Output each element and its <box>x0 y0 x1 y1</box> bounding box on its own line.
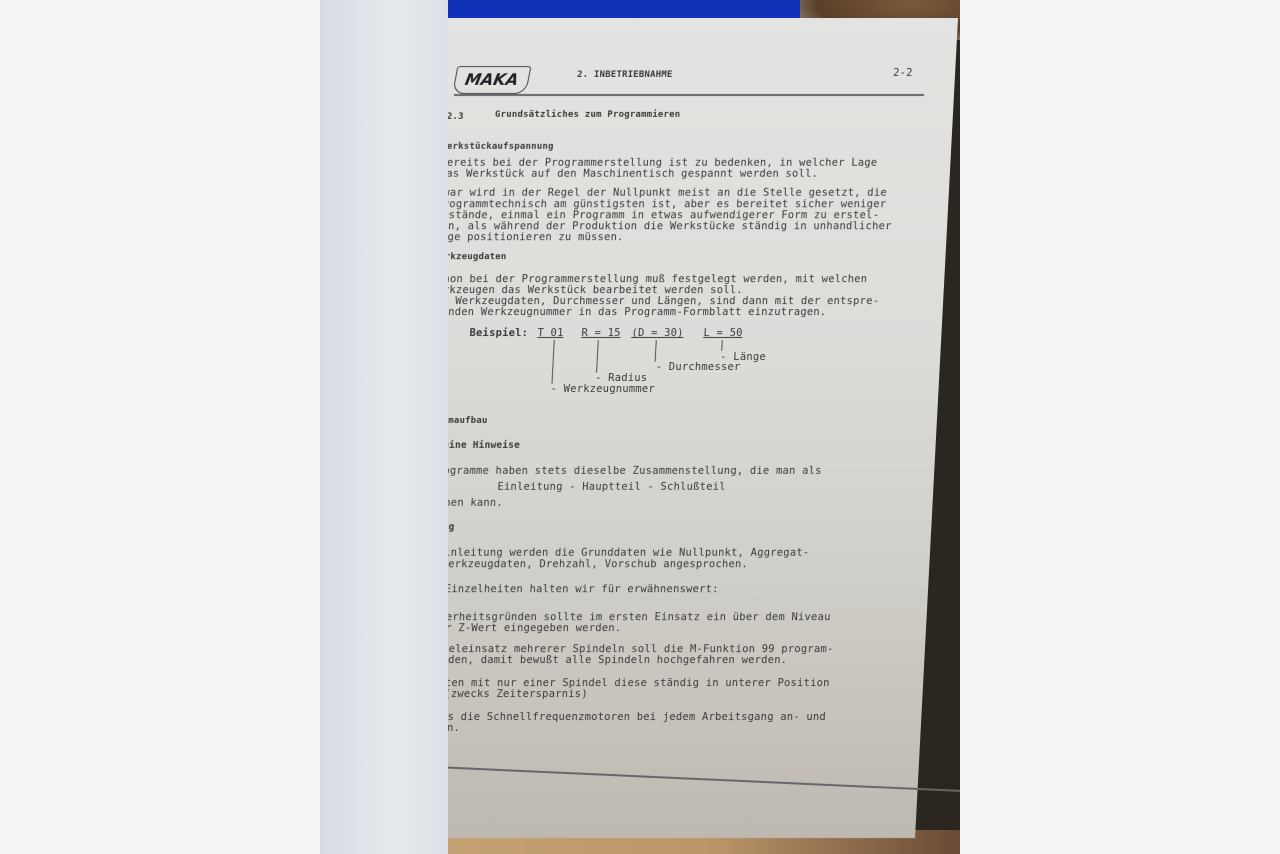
example-diameter: (D = 30) <box>631 328 684 339</box>
page-number: 2-2 <box>893 68 913 79</box>
section-title: Grundsätzliches zum Programmieren <box>495 110 681 121</box>
document-photo: MAKA 2. INBETRIEBNAHME 2-2 2.3 Grundsätz… <box>320 0 960 854</box>
footer-rule <box>369 763 960 792</box>
manual-page: MAKA 2. INBETRIEBNAHME 2-2 2.3 Grundsätz… <box>395 18 958 838</box>
label-werkzeugnummer: - Werkzeugnummer <box>550 384 655 395</box>
chapter-title: 2. INBETRIEBNAHME <box>577 70 673 81</box>
paragraph-centered: Einleitung - Hauptteil - Schlußteil <box>497 482 726 493</box>
label-durchmesser: - Durchmesser <box>655 362 740 373</box>
tree-line: | | <box>652 340 660 362</box>
example-length: L = 50 <box>703 328 743 339</box>
header-rule <box>454 94 924 96</box>
paragraph-line: chenden Werkzeugnummer in das Programm-F… <box>428 307 826 318</box>
paragraph-line: das Werkstück auf den Maschinentisch ges… <box>440 169 819 180</box>
tree-line: | <box>719 340 726 351</box>
left-facing-page <box>320 0 448 854</box>
paragraph-line: Lage positionieren zu müssen. <box>434 232 624 243</box>
example-radius: R = 15 <box>581 328 621 339</box>
maka-logo: MAKA <box>452 66 531 94</box>
section-number: 2.3 <box>446 112 463 123</box>
tree-line: | | | | <box>549 340 558 384</box>
example-label: Beispiel: <box>469 328 528 339</box>
example-tool-number: T 01 <box>537 328 564 339</box>
heading-werkstueckaufspannung: Werkstückaufspannung <box>441 142 554 153</box>
tree-line: | | | <box>593 340 601 373</box>
paragraph-line: CNC-Programme haben stets dieselbe Zusam… <box>404 466 822 477</box>
